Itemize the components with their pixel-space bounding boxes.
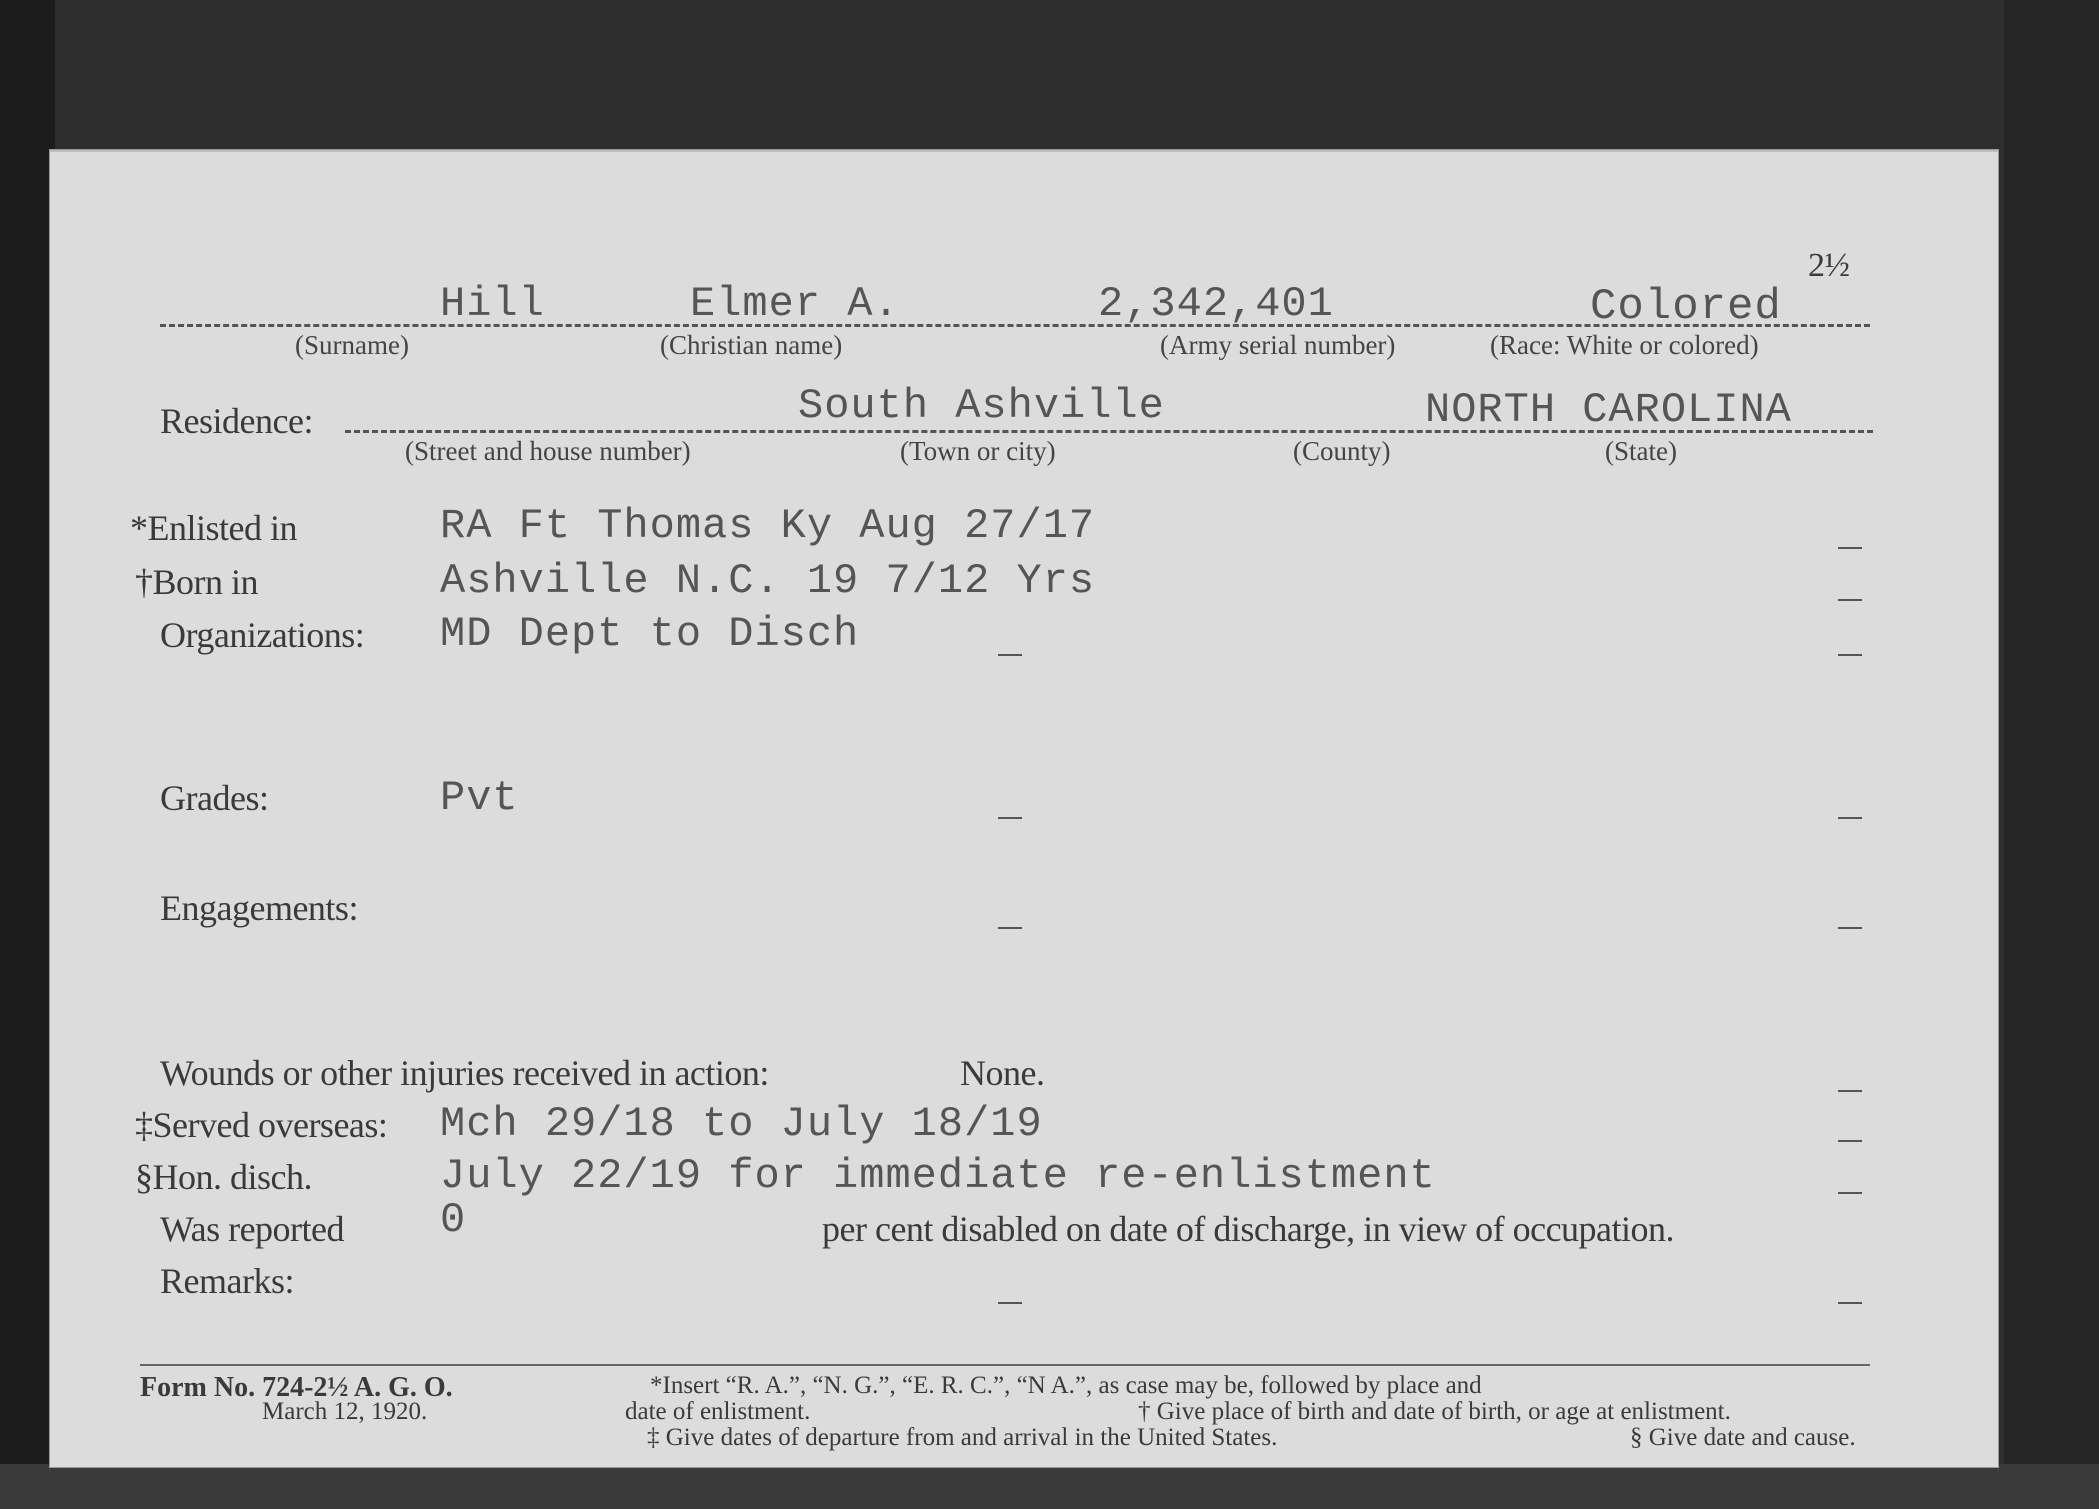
wounds-label: Wounds or other injuries received in act…	[160, 1052, 769, 1094]
remarks-label: Remarks:	[160, 1260, 294, 1302]
grades-value: Pvt	[440, 774, 519, 822]
row-tick	[998, 1302, 1022, 1304]
row-tick	[998, 927, 1022, 929]
hon-disch-value: July 22/19 for immediate re-enlistment	[440, 1152, 1436, 1200]
wounds-value: None.	[960, 1052, 1044, 1094]
residence-state-value: NORTH CAROLINA	[1425, 386, 1792, 434]
footnote-discharge: § Give date and cause.	[1630, 1424, 1856, 1452]
row-tick	[1838, 1192, 1862, 1194]
footnote-overseas: ‡ Give dates of departure from and arriv…	[647, 1424, 1277, 1452]
enlisted-value: RA Ft Thomas Ky Aug 27/17	[440, 502, 1095, 550]
grades-label: Grades:	[160, 777, 268, 819]
form-date: March 12, 1920.	[262, 1398, 427, 1426]
footnote-insert-cont: date of enlistment.	[625, 1398, 810, 1426]
footer-rule	[140, 1364, 1870, 1366]
reported-suffix: per cent disabled on date of discharge, …	[822, 1208, 1674, 1250]
background-left	[0, 0, 55, 1509]
born-value: Ashville N.C. 19 7/12 Yrs	[440, 557, 1095, 605]
county-caption: (County)	[1293, 436, 1391, 467]
row-tick	[1838, 547, 1862, 549]
hon-disch-label: §Hon. disch.	[135, 1156, 312, 1198]
residence-town-value: South Ashville	[798, 382, 1165, 430]
row-tick	[998, 654, 1022, 656]
town-caption: (Town or city)	[900, 436, 1056, 467]
footnote-birth: † Give place of birth and date of birth,…	[1138, 1398, 1731, 1426]
row-tick	[998, 817, 1022, 819]
header-dashed-line	[160, 324, 1870, 327]
service-record-card: 2½ Hill Elmer A. 2,342,401 Colored (Surn…	[50, 150, 1998, 1467]
residence-dashed-line	[345, 430, 1873, 433]
corner-mark: 2½	[1808, 247, 1850, 285]
row-tick	[1838, 599, 1862, 601]
born-label: †Born in	[135, 561, 258, 603]
engagements-label: Engagements:	[160, 887, 358, 929]
reported-value: 0	[440, 1196, 466, 1244]
surname-value: Hill	[440, 280, 545, 328]
state-caption: (State)	[1605, 436, 1677, 467]
christian-name-value: Elmer A.	[690, 280, 900, 328]
enlisted-label: *Enlisted in	[130, 507, 297, 549]
row-tick	[1838, 654, 1862, 656]
overseas-value: Mch 29/18 to July 18/19	[440, 1100, 1043, 1148]
serial-number-caption: (Army serial number)	[1160, 330, 1395, 361]
residence-label: Residence:	[160, 400, 313, 442]
row-tick	[1838, 1140, 1862, 1142]
christian-name-caption: (Christian name)	[660, 330, 842, 361]
row-tick	[1838, 1090, 1862, 1092]
street-caption: (Street and house number)	[405, 436, 691, 467]
reported-label: Was reported	[160, 1208, 344, 1250]
background-right	[2004, 0, 2099, 1509]
overseas-label: ‡Served overseas:	[135, 1104, 387, 1146]
row-tick	[1838, 927, 1862, 929]
race-caption: (Race: White or colored)	[1490, 330, 1759, 361]
surname-caption: (Surname)	[295, 330, 409, 361]
row-tick	[1838, 817, 1862, 819]
background-bottom	[0, 1464, 2099, 1509]
serial-number-value: 2,342,401	[1098, 280, 1334, 328]
footnote-insert: *Insert “R. A.”, “N. G.”, “E. R. C.”, “N…	[650, 1372, 1482, 1400]
row-tick	[1838, 1302, 1862, 1304]
organizations-label: Organizations:	[160, 614, 364, 656]
organizations-value: MD Dept to Disch	[440, 610, 859, 658]
